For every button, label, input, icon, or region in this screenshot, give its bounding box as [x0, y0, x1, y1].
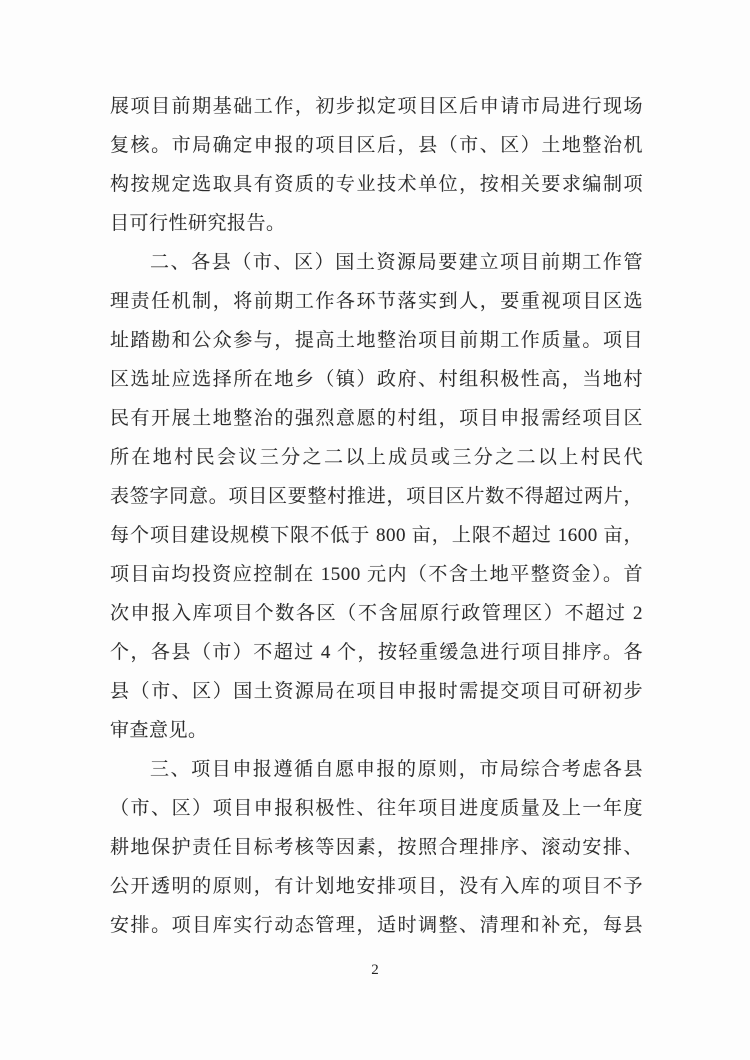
page-number: 2 [0, 960, 750, 980]
text-line: 安排。项目库实行动态管理，适时调整、清理和补充，每县 [110, 906, 643, 945]
text-line: 表签字同意。项目区要整村推进，项目区片数不得超过两片， [110, 477, 643, 516]
text-line: 耕地保护责任目标考核等因素，按照合理排序、滚动安排、 [110, 828, 643, 867]
text-line: 区选址应选择所在地乡（镇）政府、村组积极性高，当地村 [110, 360, 643, 399]
text-line: （市、区）项目申报积极性、往年项目进度质量及上一年度 [110, 789, 643, 828]
text-line: 个，各县（市）不超过 4 个，按轻重缓急进行项目排序。各 [110, 633, 643, 672]
text-line: 址踏勘和公众参与，提高土地整治项目前期工作质量。项目 [110, 321, 643, 360]
document-page: 展项目前期基础工作，初步拟定项目区后申请市局进行现场复核。市局确定申报的项目区后… [0, 0, 750, 1060]
text-line: 展项目前期基础工作，初步拟定项目区后申请市局进行现场 [110, 87, 643, 126]
text-line: 二、各县（市、区）国土资源局要建立项目前期工作管 [110, 243, 643, 282]
text-line: 每个项目建设规模下限不低于 800 亩，上限不超过 1600 亩， [110, 516, 643, 555]
text-line: 公开透明的原则，有计划地安排项目，没有入库的项目不予 [110, 867, 643, 906]
text-line: 复核。市局确定申报的项目区后，县（市、区）土地整治机 [110, 126, 643, 165]
text-line: 三、项目申报遵循自愿申报的原则，市局综合考虑各县 [110, 750, 643, 789]
document-text: 展项目前期基础工作，初步拟定项目区后申请市局进行现场复核。市局确定申报的项目区后… [110, 87, 643, 945]
text-line: 民有开展土地整治的强烈意愿的村组，项目申报需经项目区 [110, 399, 643, 438]
text-line: 构按规定选取具有资质的专业技术单位，按相关要求编制项 [110, 165, 643, 204]
text-line: 审查意见。 [110, 711, 643, 750]
text-line: 理责任机制，将前期工作各环节落实到人，要重视项目区选 [110, 282, 643, 321]
text-line: 项目亩均投资应控制在 1500 元内（不含土地平整资金）。首 [110, 555, 643, 594]
text-line: 县（市、区）国土资源局在项目申报时需提交项目可研初步 [110, 672, 643, 711]
text-line: 所在地村民会议三分之二以上成员或三分之二以上村民代 [110, 438, 643, 477]
text-line: 次申报入库项目个数各区（不含屈原行政管理区）不超过 2 [110, 594, 643, 633]
text-line: 目可行性研究报告。 [110, 204, 643, 243]
